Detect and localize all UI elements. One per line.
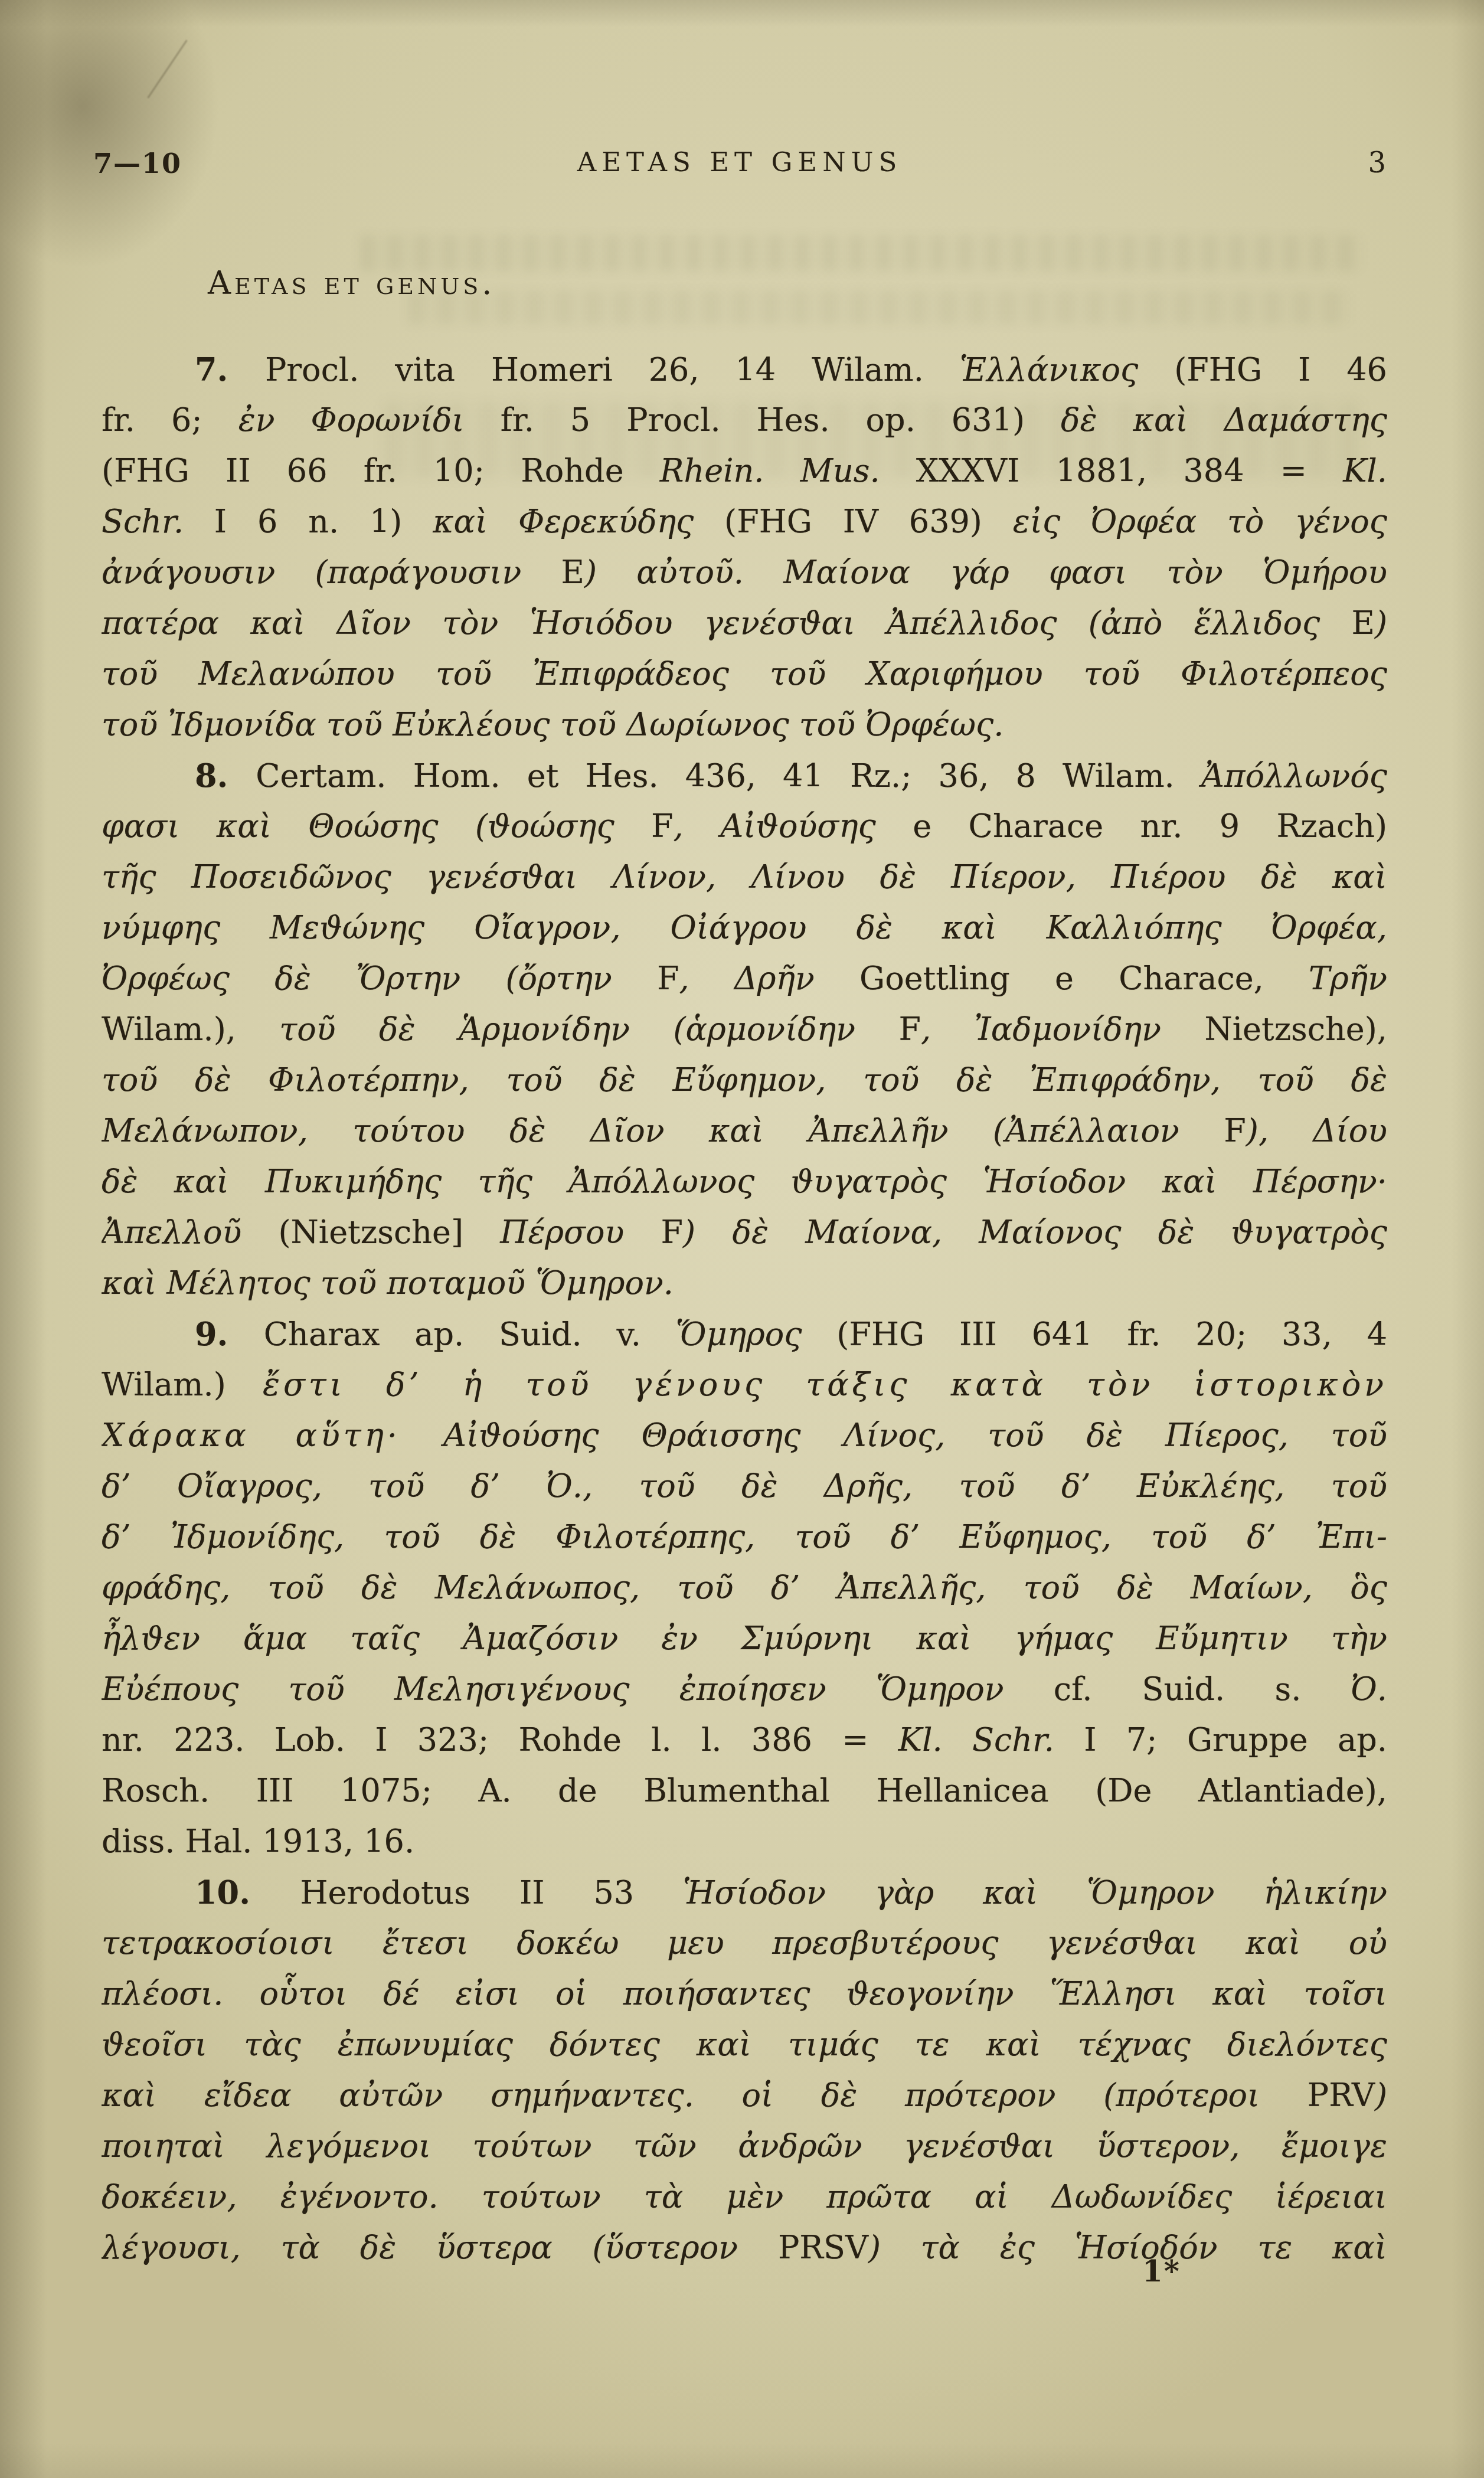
text-line: δὲ καὶ Πυκιμήδης τῆς Ἀπόλλωνος ϑυγατρὸς … [102, 1156, 1387, 1207]
text-line: (FHG II 66 fr. 10; Rohde Rhein. Mus. XXX… [102, 446, 1387, 496]
text-segment: λέγουσι, τὰ δὲ ὕστερα (ὕστερον [102, 2229, 778, 2266]
text-segment: ἀνάγουσιν (παράγουσιν [102, 554, 561, 591]
text-line: τοῦ Μελανώπου τοῦ Ἐπιφράδεος τοῦ Χαριφήμ… [102, 649, 1387, 699]
text-segment: Χάρακα αὕτη· [102, 1417, 401, 1454]
text-segment: 8. [195, 757, 256, 795]
text-line: καὶ εἴδεα αὐτῶν σημήναντες. οἱ δὲ πρότερ… [102, 2070, 1387, 2121]
text-segment: 10. [195, 1874, 300, 1911]
text-segment: τετρακοσίοισι ἔτεσι δοκέω μευ πρεσβυτέρο… [102, 1924, 1387, 1962]
text-segment: fr. 6; [102, 401, 238, 439]
text-segment: δ’ Ἰδμονίδης, τοῦ δὲ Φιλοτέρπης, τοῦ δ’ … [102, 1518, 1387, 1555]
text-line: 8. Certam. Hom. et Hes. 436, 41 Rz.; 36,… [102, 750, 1387, 801]
text-segment: F [651, 808, 673, 845]
text-segment: ἐν Φορωνίδι [238, 401, 465, 439]
text-segment: , Αἰϑούσης [674, 808, 876, 845]
text-segment: Ὅμηρος [676, 1316, 802, 1353]
text-segment: Ἀπόλλωνός [1201, 757, 1387, 795]
text-segment: F [661, 1214, 683, 1251]
text-segment: δὲ καὶ Πυκιμήδης τῆς Ἀπόλλωνος ϑυγατρὸς … [102, 1163, 1387, 1200]
text-segment: τῆς Ποσειδῶνος γενέσϑαι Λίνον, Λίνου δὲ … [102, 858, 1387, 895]
text-segment: πατέρα καὶ Δῖον τὸν Ἡσιόδου γενέσϑαι Ἀπέ… [102, 604, 1352, 642]
text-segment: Πέρσου [500, 1214, 661, 1251]
text-segment: δοκέειν, ἐγένοντο. τούτων τὰ μὲν πρῶτα α… [102, 2178, 1387, 2215]
text-segment: τοῦ δὲ Φιλοτέρπην, τοῦ δὲ Εὔφημον, τοῦ δ… [102, 1061, 1387, 1099]
header-page-number: 3 [1368, 146, 1386, 179]
page-edge-shadow-bottom [0, 2443, 1484, 2478]
text-segment: Rosch. III 1075; A. de Blumenthal Hellan… [102, 1772, 1387, 1809]
text-segment: Kl. [1343, 452, 1387, 489]
text-segment: ἔστι δ’ ἡ τοῦ γένους τάξις κατὰ τὸν ἱστο… [263, 1366, 1387, 1403]
text-segment: Wilam.), [102, 1011, 279, 1048]
text-line: Ὀρφέως δὲ Ὄρτην (ὄρτην F, Δρῆν Goettling… [102, 953, 1387, 1004]
text-line: λέγουσι, τὰ δὲ ὕστερα (ὕστερον PRSV) τὰ … [102, 2222, 1387, 2273]
text-segment: (FHG III 641 fr. 20; 33, 4 [802, 1316, 1387, 1353]
page-edge-shadow-right [1452, 0, 1484, 2478]
text-segment: fr. 5 Procl. Hes. op. 631) [465, 401, 1061, 439]
text-segment: ) δὲ Μαίονα, Μαίονος δὲ ϑυγατρὸς [683, 1214, 1387, 1251]
text-segment: φράδης, τοῦ δὲ Μελάνωπος, τοῦ δ’ Ἀπελλῆς… [102, 1569, 1387, 1606]
text-segment: Μελάνωπον, τούτου δὲ Δῖον καὶ Ἀπελλῆν (Ἀ… [102, 1112, 1224, 1149]
text-line: nr. 223. Lob. I 323; Rohde l. l. 386 = K… [102, 1715, 1387, 1766]
text-column: 7. Procl. vita Homeri 26, 14 Wilam. Ἑλλά… [102, 344, 1387, 2273]
text-line: δ’ Ἰδμονίδης, τοῦ δὲ Φιλοτέρπης, τοῦ δ’ … [102, 1512, 1387, 1562]
text-segment: δ’ Οἴαγρος, τοῦ δ’ Ὀ., τοῦ δὲ Δρῆς, τοῦ … [102, 1467, 1387, 1505]
text-segment: Procl. vita Homeri 26, 14 Wilam. [265, 351, 960, 388]
text-line: πλέοσι. οὗτοι δέ εἰσι οἱ ποιήσαντες ϑεογ… [102, 1969, 1387, 2019]
bleedthrough-smudge [407, 290, 1352, 325]
text-segment: Kl. Schr. [898, 1721, 1054, 1758]
text-line: Μελάνωπον, τούτου δὲ Δῖον καὶ Ἀπελλῆν (Ἀ… [102, 1106, 1387, 1156]
text-segment: F [1224, 1112, 1246, 1149]
text-line: Χάρακα αὕτη· Αἰϑούσης Θράισσης Λίνος, το… [102, 1410, 1387, 1461]
text-line: Schr. I 6 n. 1) καὶ Φερεκύδης (FHG IV 63… [102, 496, 1387, 547]
text-segment: καὶ Φερεκύδης [433, 503, 694, 540]
text-segment: 9. [195, 1315, 264, 1353]
text-segment: Rhein. Mus. [660, 452, 880, 489]
text-line: δ’ Οἴαγρος, τοῦ δ’ Ὀ., τοῦ δὲ Δρῆς, τοῦ … [102, 1461, 1387, 1512]
text-segment: καὶ Μέλητος τοῦ ποταμοῦ Ὅμηρον. [102, 1264, 674, 1302]
text-segment: E [561, 554, 584, 591]
text-segment: ), Δίου [1246, 1112, 1387, 1149]
text-segment: Ἡσίοδον γὰρ καὶ Ὅμηρον ἡλικίην [683, 1874, 1387, 1911]
text-segment: Εὐέπους τοῦ Μελησιγένους ἐποίησεν Ὅμηρον [102, 1670, 1004, 1708]
text-segment: Ἑλλάνικος [960, 351, 1139, 388]
text-segment: Wilam.) [102, 1366, 263, 1403]
text-line: Rosch. III 1075; A. de Blumenthal Hellan… [102, 1766, 1387, 1816]
text-segment: δὲ καὶ Δαμάστης [1061, 401, 1387, 439]
text-line: 9. Charax ap. Suid. v. Ὅμηρος (FHG III 6… [102, 1309, 1387, 1359]
text-segment: Herodotus II 53 [300, 1874, 683, 1911]
text-line: φασι καὶ Θοώσης (ϑοώσης F, Αἰϑούσης e Ch… [102, 801, 1387, 852]
text-line: ἦλϑεν ἅμα ταῖς Ἀμαζόσιν ἐν Σμύρνηι καὶ γ… [102, 1613, 1387, 1664]
text-segment: ) [1375, 604, 1387, 642]
text-line: τοῦ Ἰδμονίδα τοῦ Εὐκλέους τοῦ Δωρίωνος τ… [102, 699, 1387, 750]
text-segment: ) αὐτοῦ. Μαίονα γάρ φασι τὸν Ὁμήρου [584, 554, 1387, 591]
text-line: τετρακοσίοισι ἔτεσι δοκέω μευ πρεσβυτέρο… [102, 1918, 1387, 1969]
book-page: 7—10 AETAS ET GENUS 3 Aetas et genus. 7.… [0, 0, 1484, 2478]
text-segment: νύμφης Μεϑώνης Οἴαγρον, Οἰάγρου δὲ καὶ Κ… [102, 909, 1387, 946]
text-segment: τοῦ Ἰδμονίδα τοῦ Εὐκλέους τοῦ Δωρίωνος τ… [102, 706, 1004, 743]
text-segment: XXXVI 1881, 384 = [880, 452, 1344, 489]
text-segment: εἰς Ὀρφέα τὸ γένος [1013, 503, 1387, 540]
text-segment: e Charace nr. 9 Rzach) [876, 808, 1387, 845]
text-segment: (Nietzsche] [241, 1214, 500, 1251]
text-segment: , Δρῆν [679, 960, 815, 997]
text-segment: Ὀ. [1351, 1670, 1387, 1708]
text-line: καὶ Μέλητος τοῦ ποταμοῦ Ὅμηρον. [102, 1258, 1387, 1309]
text-line: 10. Herodotus II 53 Ἡσίοδον γὰρ καὶ Ὅμηρ… [102, 1867, 1387, 1918]
text-segment: φασι καὶ Θοώσης (ϑοώσης [102, 808, 651, 845]
text-segment: F [899, 1011, 921, 1048]
text-line: τοῦ δὲ Φιλοτέρπην, τοῦ δὲ Εὔφημον, τοῦ δ… [102, 1055, 1387, 1106]
text-segment: Goettling e Charace, [815, 960, 1309, 997]
text-segment: ) [1375, 2077, 1387, 2114]
text-segment: Ἀπελλοῦ [102, 1214, 241, 1251]
page-edge-shadow-left [0, 0, 47, 2478]
text-segment: PRV [1308, 2077, 1375, 2114]
text-segment: Αἰϑούσης Θράισσης Λίνος, τοῦ δὲ Πίερος, … [401, 1417, 1387, 1454]
text-segment: PRSV [778, 2229, 868, 2266]
text-segment: τοῦ δὲ Ἁρμονίδην (ἁρμονίδην [279, 1011, 898, 1048]
text-line: νύμφης Μεϑώνης Οἴαγρον, Οἰάγρου δὲ καὶ Κ… [102, 903, 1387, 953]
text-segment: I 6 n. 1) [184, 503, 433, 540]
text-line: 7. Procl. vita Homeri 26, 14 Wilam. Ἑλλά… [102, 344, 1387, 395]
text-line: φράδης, τοῦ δὲ Μελάνωπος, τοῦ δ’ Ἀπελλῆς… [102, 1562, 1387, 1613]
text-line: ἀνάγουσιν (παράγουσιν E) αὐτοῦ. Μαίονα γ… [102, 547, 1387, 598]
section-heading: Aetas et genus. [208, 264, 495, 302]
text-segment: Schr. [102, 503, 184, 540]
text-segment: E [1352, 604, 1375, 642]
text-segment: Τρῆν [1309, 960, 1387, 997]
text-segment: , Ἰαδμονίδην [921, 1011, 1161, 1048]
text-segment: ἦλϑεν ἅμα ταῖς Ἀμαζόσιν ἐν Σμύρνηι καὶ γ… [102, 1620, 1387, 1657]
text-line: ϑεοῖσι τὰς ἐπωνυμίας δόντες καὶ τιμάς τε… [102, 2019, 1387, 2070]
text-segment: Charax ap. Suid. v. [264, 1316, 676, 1353]
text-segment: Certam. Hom. et Hes. 436, 41 Rz.; 36, 8 … [256, 757, 1201, 795]
text-line: τῆς Ποσειδῶνος γενέσϑαι Λίνον, Λίνου δὲ … [102, 852, 1387, 903]
signature-mark: 1* [1142, 2254, 1181, 2289]
text-line: Wilam.) ἔστι δ’ ἡ τοῦ γένους τάξις κατὰ … [102, 1359, 1387, 1410]
text-segment: nr. 223. Lob. I 323; Rohde l. l. 386 = [102, 1721, 898, 1758]
text-segment: τοῦ Μελανώπου τοῦ Ἐπιφράδεος τοῦ Χαριφήμ… [102, 655, 1387, 692]
text-line: diss. Hal. 1913, 16. [102, 1816, 1387, 1867]
text-line: Wilam.), τοῦ δὲ Ἁρμονίδην (ἁρμονίδην F, … [102, 1004, 1387, 1055]
text-segment: Nietzsche), [1161, 1011, 1387, 1048]
running-header: 7—10 AETAS ET GENUS 3 [93, 146, 1386, 182]
text-segment: καὶ εἴδεα αὐτῶν σημήναντες. οἱ δὲ πρότερ… [102, 2077, 1308, 2114]
text-segment: (FHG IV 639) [694, 503, 1012, 540]
text-segment: Ὀρφέως δὲ Ὄρτην (ὄρτην [102, 960, 657, 997]
text-segment: (FHG I 46 [1138, 351, 1387, 388]
text-line: ποιηταὶ λεγόμενοι τούτων τῶν ἀνδρῶν γενέ… [102, 2121, 1387, 2172]
text-line: δοκέειν, ἐγένοντο. τούτων τὰ μὲν πρῶτα α… [102, 2172, 1387, 2222]
text-segment: ) τὰ ἐς Ἡσίοδόν τε καὶ [868, 2229, 1387, 2266]
header-running-title: AETAS ET GENUS [93, 146, 1386, 178]
text-line: fr. 6; ἐν Φορωνίδι fr. 5 Procl. Hes. op.… [102, 395, 1387, 446]
text-segment: ποιηταὶ λεγόμενοι τούτων τῶν ἀνδρῶν γενέ… [102, 2127, 1387, 2165]
text-segment: 7. [195, 351, 265, 388]
bleedthrough-smudge [360, 235, 1364, 272]
text-segment: (FHG II 66 fr. 10; Rohde [102, 452, 660, 489]
text-segment: F [657, 960, 679, 997]
text-segment: I 7; Gruppe ap. [1054, 1721, 1387, 1758]
text-line: Ἀπελλοῦ (Nietzsche] Πέρσου F) δὲ Μαίονα,… [102, 1207, 1387, 1258]
text-segment: πλέοσι. οὗτοι δέ εἰσι οἱ ποιήσαντες ϑεογ… [102, 1975, 1387, 2012]
text-segment: cf. Suid. s. [1004, 1670, 1351, 1708]
text-line: πατέρα καὶ Δῖον τὸν Ἡσιόδου γενέσϑαι Ἀπέ… [102, 598, 1387, 649]
text-segment: ϑεοῖσι τὰς ἐπωνυμίας δόντες καὶ τιμάς τε… [102, 2026, 1387, 2063]
text-line: Εὐέπους τοῦ Μελησιγένους ἐποίησεν Ὅμηρον… [102, 1664, 1387, 1715]
text-segment: diss. Hal. 1913, 16. [102, 1823, 414, 1860]
